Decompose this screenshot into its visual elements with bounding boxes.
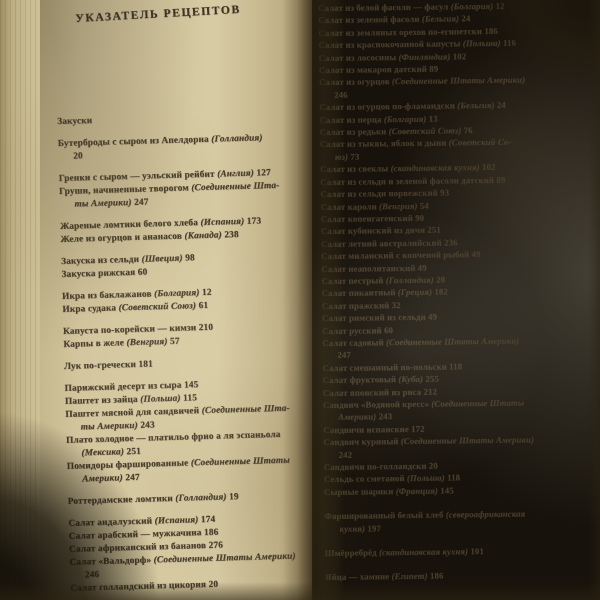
index-entry-group: Фаршированный белый хлеб (североафриканс… — [324, 507, 592, 535]
index-entry-group: Яйца — хамине (Египет) 186 — [325, 568, 593, 584]
index-line: Лук по-гречески 181 — [64, 354, 316, 374]
index-entry-group: Жареные ломтики белого хлеба (Испания) 1… — [60, 214, 313, 247]
index-entry-group: Роттердамские ломтики (Голландия) 19 — [68, 489, 320, 509]
index-entry-group: Салат из белой фасоли — фасул (Болгария)… — [318, 0, 592, 498]
index-line: Яйца — хамине (Египет) 186 — [325, 568, 593, 584]
index-line: Шмёрребрёд (скандинавская кухня) 101 — [325, 544, 593, 560]
index-line: Роттердамские ломтики (Голландия) 19 — [68, 489, 320, 509]
index-entry-group: Шмёрребрёд (скандинавская кухня) 101 — [325, 544, 593, 560]
book-photo: УКАЗАТЕЛЬ РЕЦЕПТОВ ЗакускиБутерброды с с… — [0, 0, 600, 600]
index-line: Сырные шарики (Франция) 145 — [324, 483, 592, 499]
left-page-index-list: ЗакускиБутерброды с сыром из Апелдорна (… — [57, 109, 323, 600]
index-entry-group: Лук по-гречески 181 — [64, 354, 316, 374]
index-entry-group: Салат андалузский (Испания) 174Салат ара… — [68, 511, 322, 596]
index-line: кухня) 197 — [324, 519, 592, 535]
index-entry-group: Гренки с сыром — уэльский рейбит (Англия… — [59, 166, 312, 212]
right-page-index-list: Салат из белой фасоли — фасул (Болгария)… — [318, 0, 593, 596]
index-entry-group: Капуста по-корейски — кимзи 210Карпы в ж… — [63, 319, 316, 352]
index-entry-group: Икра из баклажанов (Болгария) 12Икра суд… — [62, 284, 315, 317]
index-entry-group: Парижский десерт из сыра 145Паштет из за… — [64, 376, 319, 487]
index-entry-group: Бутерброды с сыром из Апелдорна (Голланд… — [58, 131, 311, 164]
index-entry-group: Закуска из сельди (Швеция) 98Закуска риж… — [61, 249, 314, 282]
